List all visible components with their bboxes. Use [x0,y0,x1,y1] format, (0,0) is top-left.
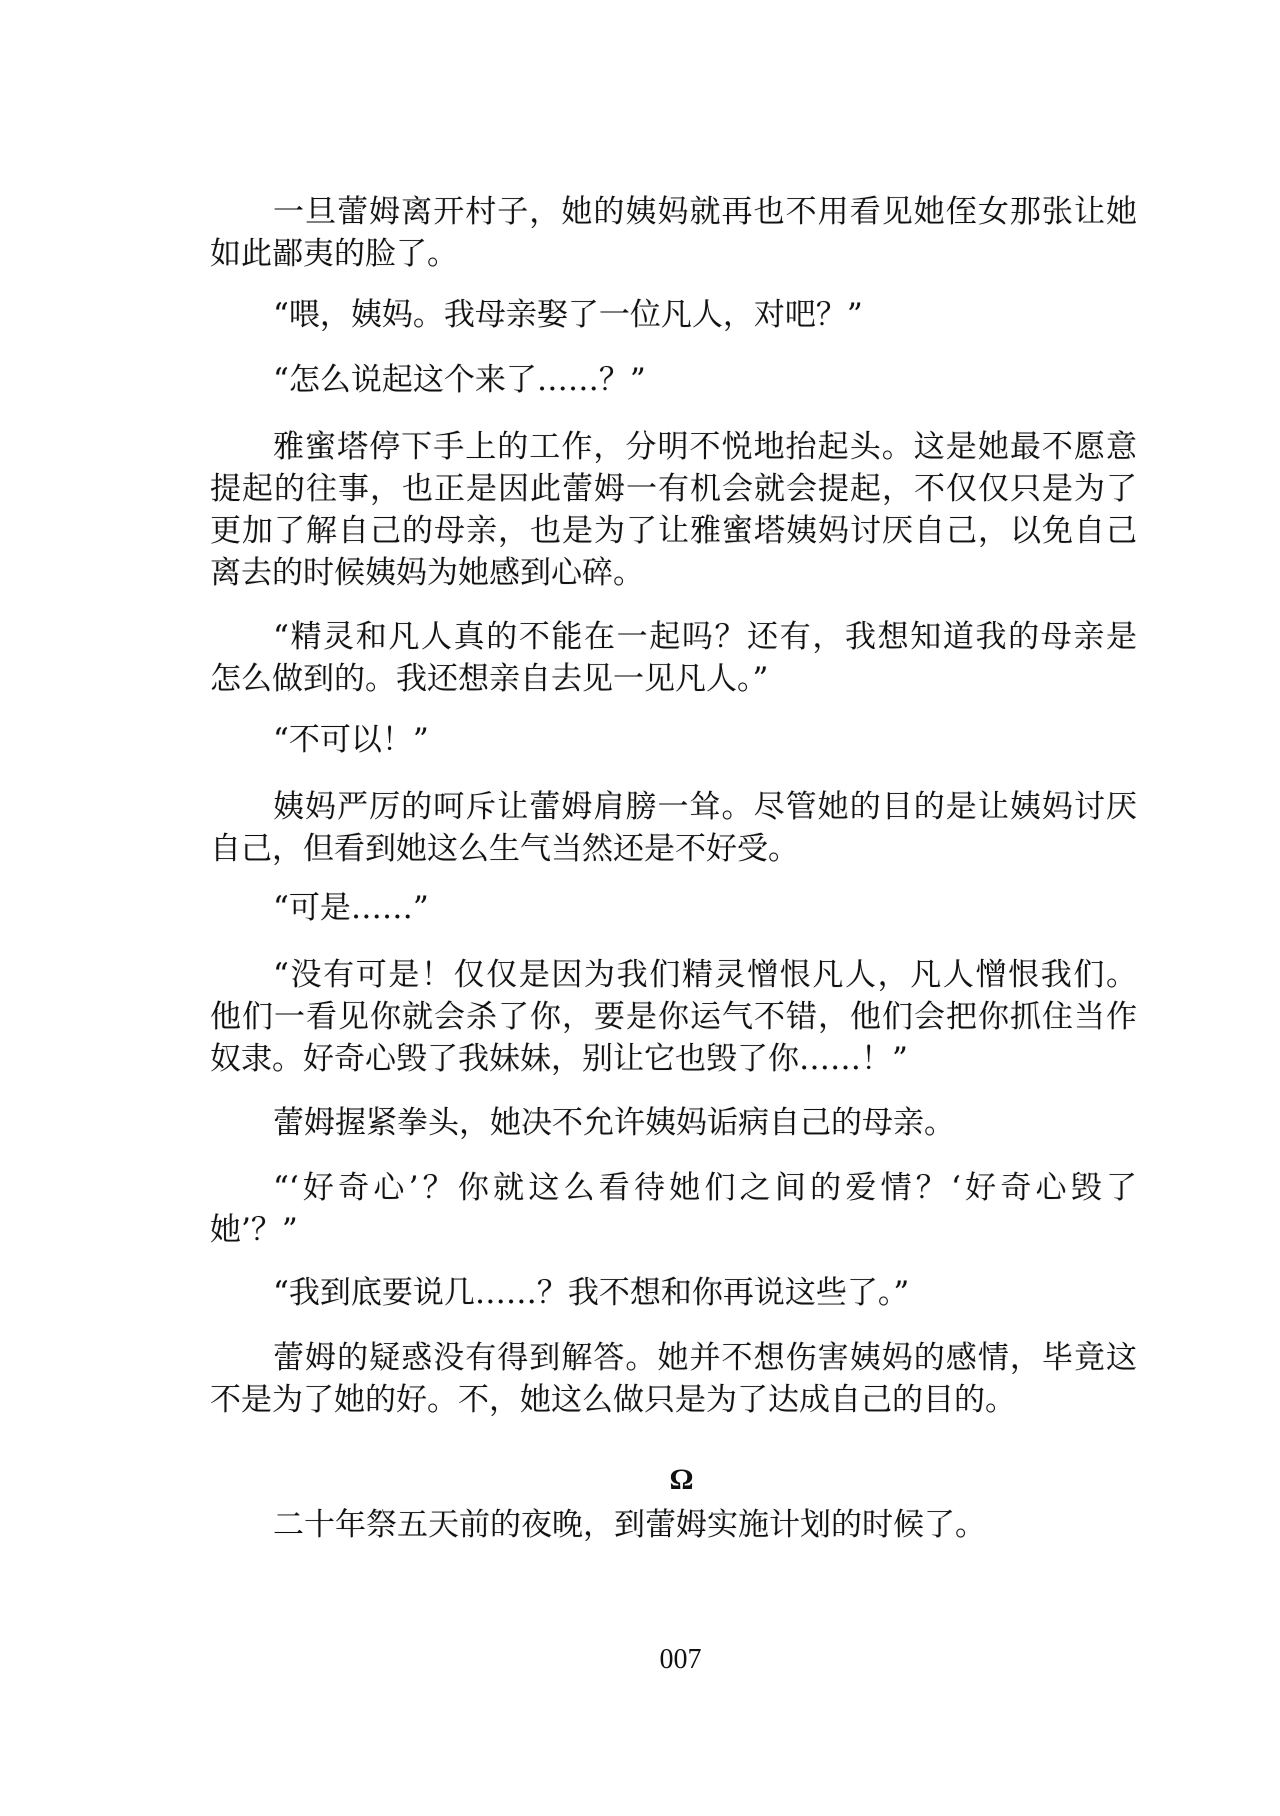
text-line: 更加了解自己的母亲，也是为了让雅蜜塔姨妈讨厌自己，以免自己 [210,510,1137,552]
text-line: “喂，姨妈。我母亲娶了一位凡人，对吧？” [210,294,1137,336]
text-line: 蕾姆的疑惑没有得到解答。她并不想伤害姨妈的感情，毕竟这 [210,1337,1137,1379]
text-line: “没有可是！仅仅是因为我们精灵憎恨凡人，凡人憎恨我们。 [210,954,1137,996]
paragraph: 蕾姆的疑惑没有得到解答。她并不想伤害姨妈的感情，毕竟这 不是为了她的好。不，她这… [210,1337,1137,1421]
text-line: 姨妈严厉的呵斥让蕾姆肩膀一耸。尽管她的目的是让姨妈讨厌 [210,786,1137,828]
text-line: 二十年祭五天前的夜晚，到蕾姆实施计划的时候了。 [210,1504,1137,1546]
text-line: “怎么说起这个来了……？” [210,359,1137,401]
paragraph: 姨妈严厉的呵斥让蕾姆肩膀一耸。尽管她的目的是让姨妈讨厌 自己，但看到她这么生气当… [210,786,1137,870]
text-line: “可是……” [210,887,1137,929]
text-line: 不是为了她的好。不，她这么做只是为了达成自己的目的。 [210,1379,1137,1421]
text-line: 雅蜜塔停下手上的工作，分明不悦地抬起头。这是她最不愿意 [210,426,1137,468]
paragraph: 雅蜜塔停下手上的工作，分明不悦地抬起头。这是她最不愿意 提起的往事，也正是因此蕾… [210,426,1137,594]
paragraph: 一旦蕾姆离开村子，她的姨妈就再也不用看见她侄女那张让她 如此鄙夷的脸了。 [210,191,1137,275]
text-line: “我到底要说几……？我不想和你再说这些了。” [210,1272,1137,1314]
paragraph: 蕾姆握紧拳头，她决不允许姨妈诟病自己的母亲。 [210,1102,1137,1144]
text-line: 提起的往事，也正是因此蕾姆一有机会就会提起，不仅仅只是为了 [210,468,1137,510]
section-separator-omega: Ω [210,1460,1137,1500]
paragraph: “我到底要说几……？我不想和你再说这些了。” [210,1272,1137,1314]
paragraph: “不可以！” [210,719,1137,761]
text-line: 如此鄙夷的脸了。 [210,233,1137,275]
paragraph: “喂，姨妈。我母亲娶了一位凡人，对吧？” [210,294,1137,336]
page-number: 007 [210,1640,1137,1680]
text-line: 他们一看见你就会杀了你，要是你运气不错，他们会把你抓住当作 [210,996,1137,1038]
text-line: 她’？” [210,1209,1137,1251]
paragraph: “‘好奇心’？你就这么看待她们之间的爱情？‘好奇心毁了 她’？” [210,1167,1137,1251]
paragraph: 二十年祭五天前的夜晚，到蕾姆实施计划的时候了。 [210,1504,1137,1546]
text-line: 自己，但看到她这么生气当然还是不好受。 [210,828,1137,870]
paragraph: “没有可是！仅仅是因为我们精灵憎恨凡人，凡人憎恨我们。 他们一看见你就会杀了你，… [210,954,1137,1080]
text-line: 蕾姆握紧拳头，她决不允许姨妈诟病自己的母亲。 [210,1102,1137,1144]
text-line: 一旦蕾姆离开村子，她的姨妈就再也不用看见她侄女那张让她 [210,191,1137,233]
paragraph: “精灵和凡人真的不能在一起吗？还有，我想知道我的母亲是 怎么做到的。我还想亲自去… [210,616,1137,700]
text-line: 怎么做到的。我还想亲自去见一见凡人。” [210,658,1137,700]
text-line: 离去的时候姨妈为她感到心碎。 [210,552,1137,594]
paragraph: “怎么说起这个来了……？” [210,359,1137,401]
text-line: “‘好奇心’？你就这么看待她们之间的爱情？‘好奇心毁了 [210,1167,1137,1209]
text-line: “不可以！” [210,719,1137,761]
text-line: “精灵和凡人真的不能在一起吗？还有，我想知道我的母亲是 [210,616,1137,658]
paragraph: “可是……” [210,887,1137,929]
text-line: 奴隶。好奇心毁了我妹妹，别让它也毁了你……！” [210,1038,1137,1080]
